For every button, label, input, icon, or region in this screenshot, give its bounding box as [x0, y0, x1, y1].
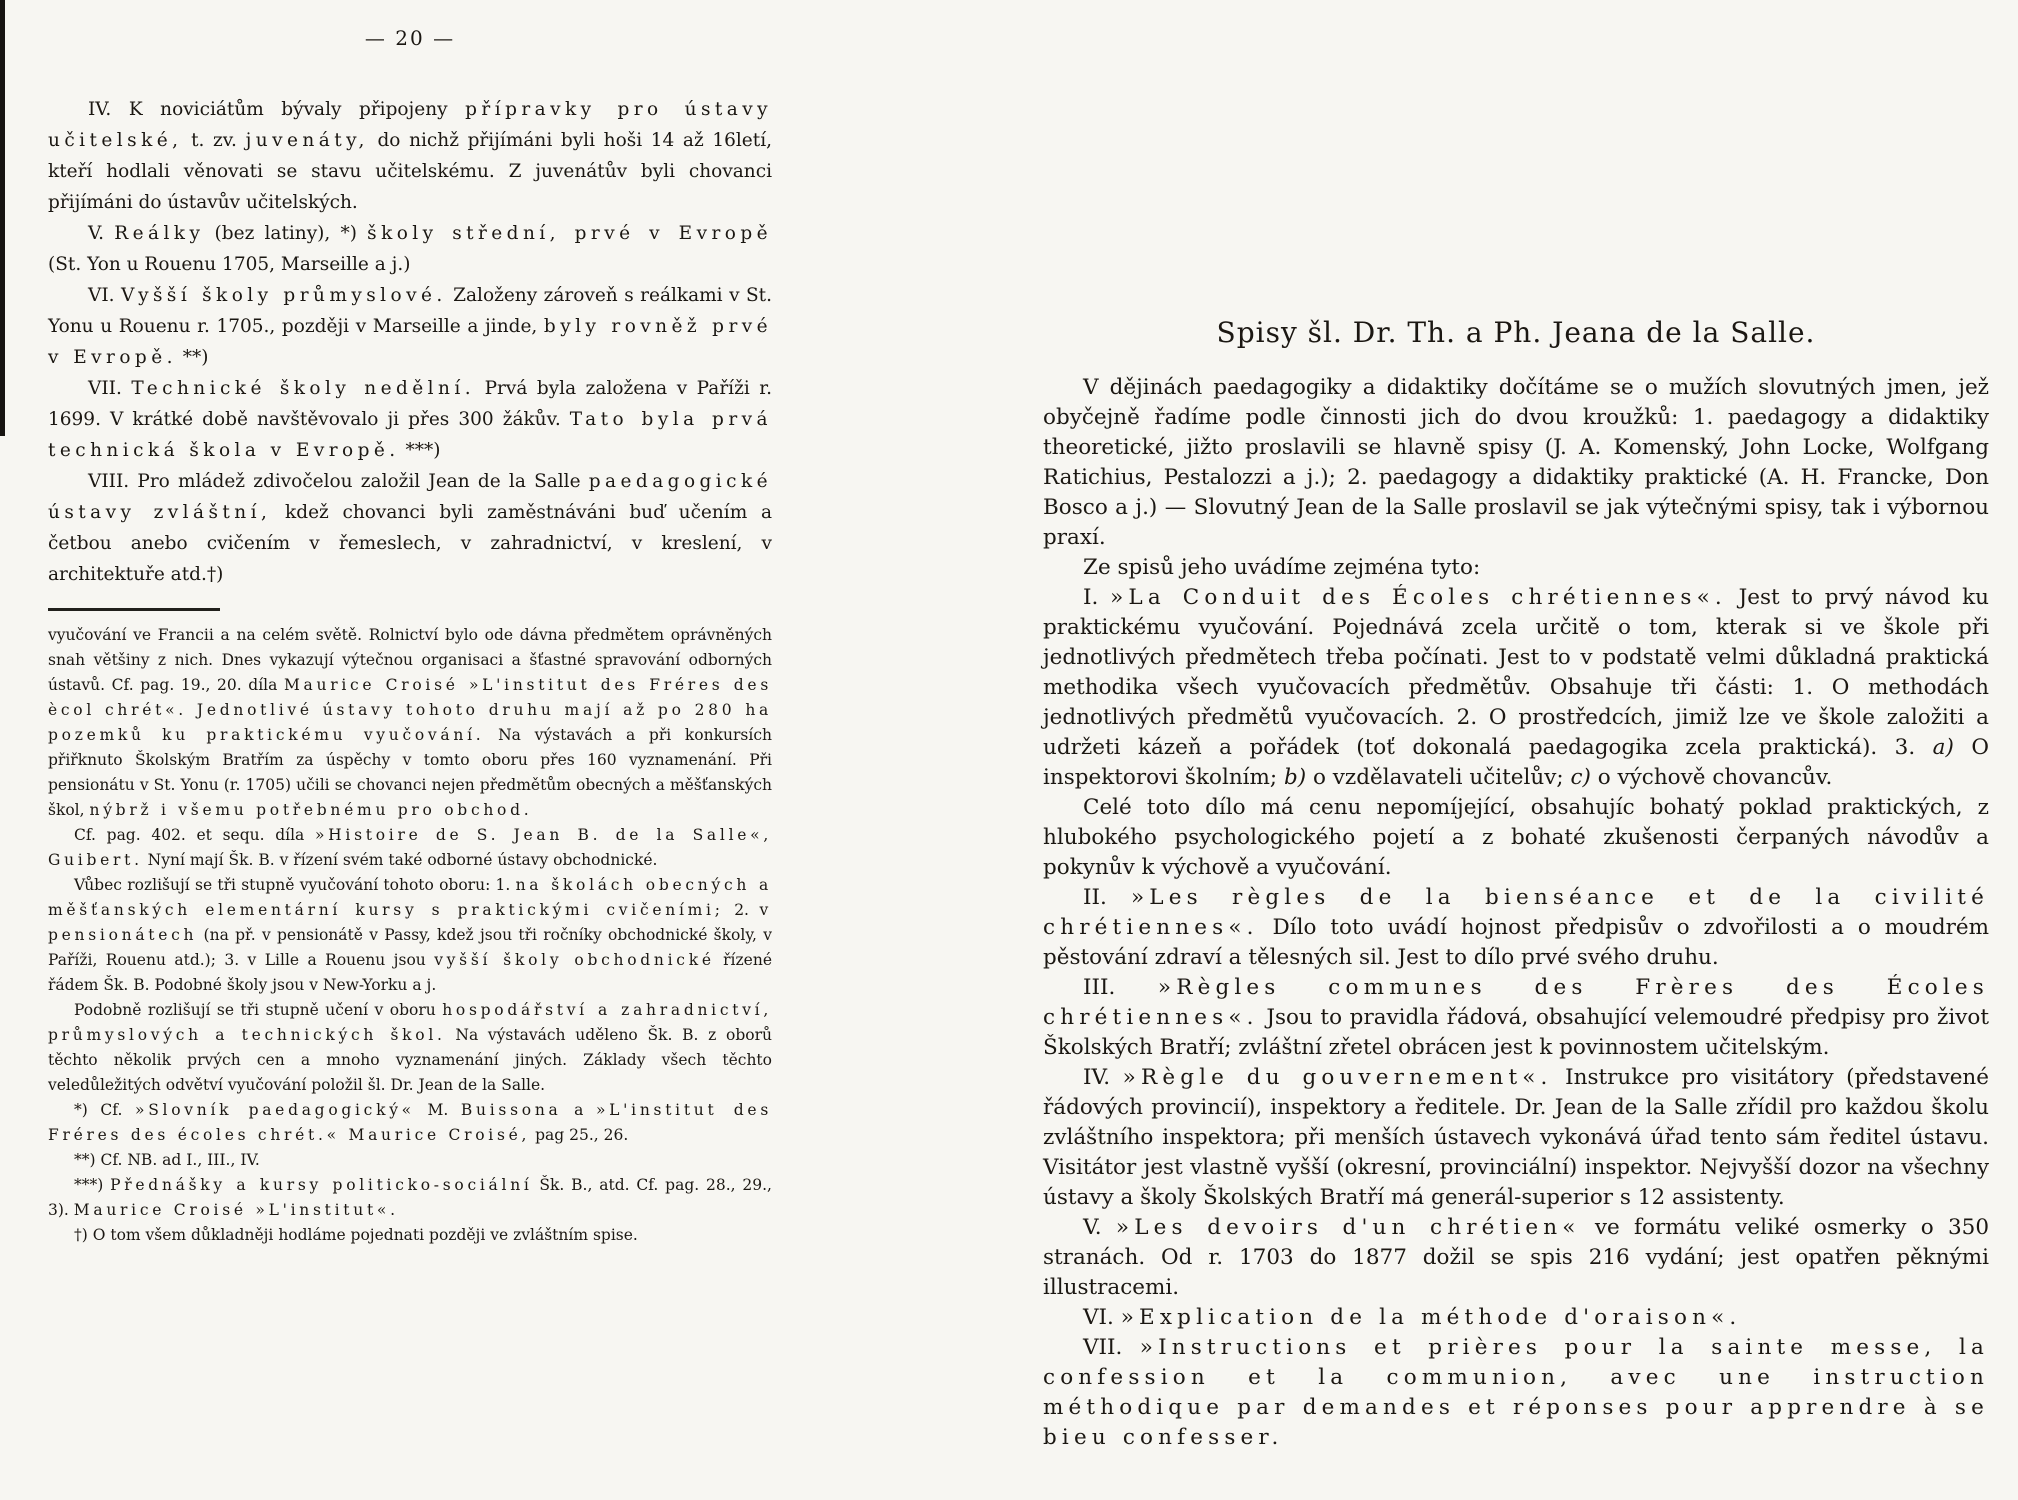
scan-edge-artifact: [0, 0, 5, 436]
text-segment: Buissona: [461, 1101, 562, 1119]
text-segment: Reálky: [114, 223, 204, 244]
paragraph: VI. Vyšší školy průmyslové. Založeny zár…: [48, 280, 772, 373]
paragraph: Cf. pag. 402. et sequ. díla »Histoire de…: [48, 823, 772, 873]
right-page-body: V dějinách paedagogiky a didaktiky dočít…: [1043, 373, 1989, 1453]
paragraph: **) Cf. NB. ad I., III., IV.: [48, 1148, 772, 1173]
text-segment: Technické školy nedělní.: [131, 378, 475, 399]
text-segment: Jest to prvý návod ku praktickému vyučov…: [1043, 585, 1989, 760]
text-segment: **) Cf. NB. ad I., III., IV.: [74, 1151, 260, 1169]
text-segment: »Règle du gouvernement«.: [1123, 1065, 1553, 1090]
text-segment: Vyšší školy průmyslové.: [121, 285, 447, 306]
paragraph: V dějinách paedagogiky a didaktiky dočít…: [1043, 373, 1989, 553]
left-page-body: IV. K noviciátům bývaly připojeny přípra…: [48, 94, 772, 590]
text-segment: †) O tom všem důkladněji hodláme pojedna…: [74, 1226, 638, 1244]
text-segment: Ze spisů jeho uvádíme zejména tyto:: [1083, 555, 1480, 580]
paragraph: I. »La Conduit des Écoles chrétiennes«. …: [1043, 583, 1989, 793]
text-segment: Nyní mají Šk. B. v řízení svém také odbo…: [143, 851, 658, 869]
text-segment: VI.: [1083, 1305, 1121, 1330]
text-segment: Cf. pag. 402. et sequ. díla: [74, 826, 315, 844]
text-segment: VI.: [88, 285, 121, 306]
paragraph: VII. Technické školy nedělní. Prvá byla …: [48, 373, 772, 466]
paragraph: Celé toto dílo má cenu nepomíjející, obs…: [1043, 793, 1989, 883]
paragraph: IV. K noviciátům bývaly připojeny přípra…: [48, 94, 772, 218]
text-segment: VII.: [1083, 1335, 1140, 1360]
text-segment: o výchově chovancův.: [1591, 765, 1832, 790]
text-segment: ***): [400, 440, 441, 461]
text-segment: **): [177, 347, 209, 368]
text-segment: Podobně rozlišují se tři stupně učení v …: [74, 1001, 442, 1019]
text-segment: V dějinách paedagogiky a didaktiky dočít…: [1043, 375, 1989, 550]
paragraph: †) O tom všem důkladněji hodláme pojedna…: [48, 1223, 772, 1248]
paragraph: VII. »Instructions et prières pour la sa…: [1043, 1333, 1989, 1453]
text-segment: III.: [1083, 975, 1158, 1000]
text-segment: »Explication de la méthode d'oraison«.: [1121, 1305, 1742, 1330]
text-segment: c): [1570, 765, 1590, 790]
right-page-title: Spisy šl. Dr. Th. a Ph. Jeana de la Sall…: [1043, 316, 1989, 349]
text-segment: (bez latiny), *): [204, 223, 367, 244]
text-segment: V.: [88, 223, 114, 244]
text-segment: (St. Yon u Rouenu 1705, Marseille a j.): [48, 254, 410, 275]
paragraph: II. »Les règles de la bienséance et de l…: [1043, 883, 1989, 973]
text-segment: VII.: [88, 378, 131, 399]
text-segment: juvenáty,: [246, 130, 369, 151]
text-segment: pag 25., 26.: [530, 1126, 628, 1144]
text-segment: Přednášky a kursy politicko-sociální: [110, 1176, 532, 1194]
text-segment: b): [1284, 765, 1306, 790]
page-number: — 20 —: [48, 26, 772, 50]
paragraph: Podobně rozlišují se tři stupně učení v …: [48, 998, 772, 1098]
paragraph: Ze spisů jeho uvádíme zejména tyto:: [1043, 553, 1989, 583]
text-segment: o vzdělavateli učitelův;: [1306, 765, 1570, 790]
footnote-separator: [48, 608, 220, 611]
text-segment: »Les devoirs d'un chrétien«: [1116, 1215, 1581, 1240]
text-segment: Vůbec rozlišují se tři stupně vyučování …: [74, 876, 516, 894]
text-segment: »Instructions et prières pour la sainte …: [1043, 1335, 1989, 1450]
paragraph: Vůbec rozlišují se tři stupně vyučování …: [48, 873, 772, 998]
text-segment: »La Conduit des Écoles chrétiennes«.: [1110, 585, 1727, 610]
text-segment: t. zv.: [182, 130, 245, 151]
paragraph: VI. »Explication de la méthode d'oraison…: [1043, 1303, 1989, 1333]
text-segment: školy střední, prvé v Evropě: [367, 223, 772, 244]
text-segment: IV.: [1083, 1065, 1123, 1090]
paragraph: *) Cf. »Slovník paedagogický« M. Buisson…: [48, 1098, 772, 1148]
text-segment: a): [1933, 735, 1954, 760]
text-segment: nýbrž i všemu potřebnému pro obchod.: [90, 801, 533, 819]
text-segment: M.: [415, 1101, 461, 1119]
text-segment: II.: [1083, 885, 1131, 910]
paragraph: VIII. Pro mládež zdivočelou založil Jean…: [48, 466, 772, 590]
paragraph: III. »Règles communes des Frères des Éco…: [1043, 973, 1989, 1063]
right-page: Spisy šl. Dr. Th. a Ph. Jeana de la Sall…: [1043, 316, 1989, 1453]
text-segment: *) Cf.: [74, 1101, 135, 1119]
text-segment: »Slovník paedagogický«: [135, 1101, 415, 1119]
paragraph: vyučování ve Francii a na celém světě. R…: [48, 623, 772, 823]
paragraph: V. »Les devoirs d'un chrétien« ve formát…: [1043, 1213, 1989, 1303]
text-segment: Maurice Croisé »L'institut«.: [74, 1201, 399, 1219]
text-segment: I.: [1083, 585, 1110, 610]
text-segment: 2.: [724, 901, 760, 919]
text-segment: V.: [1083, 1215, 1116, 1240]
paragraph: IV. »Règle du gouvernement«. Instrukce p…: [1043, 1063, 1989, 1213]
text-segment: ***): [74, 1176, 110, 1194]
text-segment: a: [561, 1101, 595, 1119]
text-segment: VIII. Pro mládež zdivočelou založil Jean…: [88, 471, 589, 492]
text-segment: Celé toto dílo má cenu nepomíjející, obs…: [1043, 795, 1989, 880]
paragraph: ***) Přednášky a kursy politicko-sociáln…: [48, 1173, 772, 1223]
paragraph: V. Reálky (bez latiny), *) školy střední…: [48, 218, 772, 280]
text-segment: IV. K noviciátům bývaly připojeny: [88, 99, 465, 120]
left-page: — 20 — IV. K noviciátům bývaly připojeny…: [48, 26, 772, 1248]
left-page-footnotes: vyučování ve Francii a na celém světě. R…: [48, 623, 772, 1248]
text-segment: vyšší školy obchodnické: [434, 951, 715, 969]
